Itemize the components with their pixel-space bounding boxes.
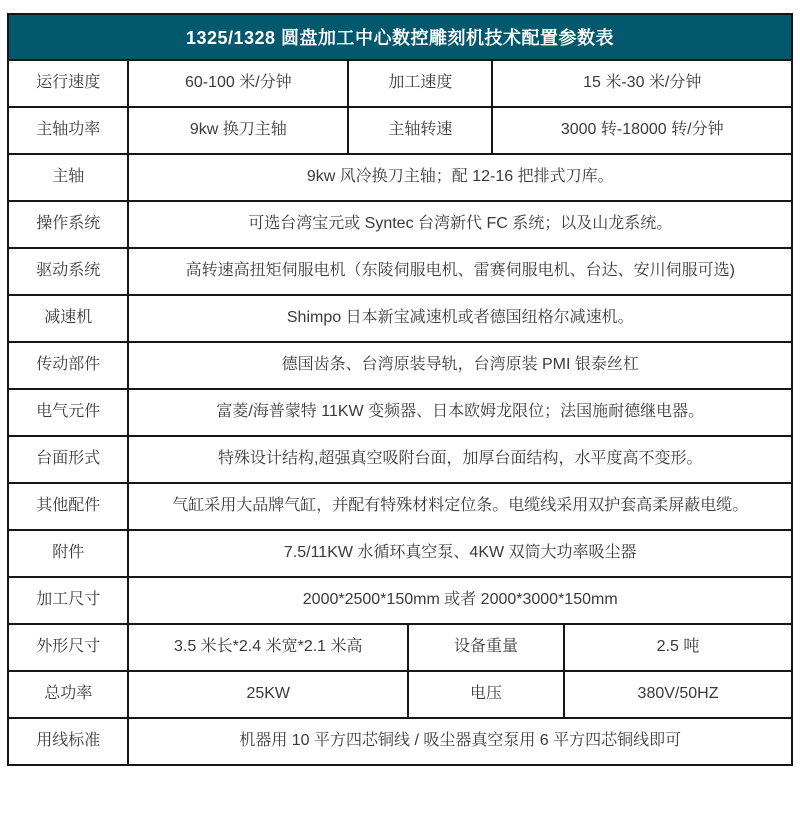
row-transmission-parts: 传动部件 德国齿条、台湾原装导轨，台湾原装 PMI 银泰丝杠 xyxy=(9,341,791,388)
spec-label: 减速机 xyxy=(9,296,127,341)
spec-label: 加工速度 xyxy=(347,61,491,106)
spec-label: 主轴 xyxy=(9,155,127,200)
spec-label: 运行速度 xyxy=(9,61,127,106)
row-accessories: 附件 7.5/11KW 水循环真空泵、4KW 双筒大功率吸尘器 xyxy=(9,529,791,576)
spec-value: 15 米-30 米/分钟 xyxy=(491,61,791,106)
spec-label: 操作系统 xyxy=(9,202,127,247)
spec-value: 高转速高扭矩伺服电机（东陵伺服电机、雷赛伺服电机、台达、安川伺服可选) xyxy=(127,249,791,294)
row-other-parts: 其他配件 气缸采用大品牌气缸，并配有特殊材料定位条。电缆线采用双护套高柔屏蔽电缆… xyxy=(9,482,791,529)
spec-label: 附件 xyxy=(9,531,127,576)
spec-label: 总功率 xyxy=(9,672,127,717)
spec-table: 1325/1328 圆盘加工中心数控雕刻机技术配置参数表 运行速度 60-100… xyxy=(7,13,793,766)
spec-label: 外形尺寸 xyxy=(9,625,127,670)
spec-value: 25KW xyxy=(127,672,407,717)
row-drive-system: 驱动系统 高转速高扭矩伺服电机（东陵伺服电机、雷赛伺服电机、台达、安川伺服可选) xyxy=(9,247,791,294)
row-electrical-components: 电气元件 富菱/海普蒙特 11KW 变频器、日本欧姆龙限位；法国施耐德继电器。 xyxy=(9,388,791,435)
page: 1325/1328 圆盘加工中心数控雕刻机技术配置参数表 运行速度 60-100… xyxy=(0,0,800,817)
spec-label: 主轴转速 xyxy=(347,108,491,153)
spec-value: 7.5/11KW 水循环真空泵、4KW 双筒大功率吸尘器 xyxy=(127,531,791,576)
spec-value: 3000 转-18000 转/分钟 xyxy=(491,108,791,153)
table-title-bar: 1325/1328 圆盘加工中心数控雕刻机技术配置参数表 xyxy=(9,15,791,59)
row-spindle-power: 主轴功率 9kw 换刀主轴 主轴转速 3000 转-18000 转/分钟 xyxy=(9,106,791,153)
spec-value: 富菱/海普蒙特 11KW 变频器、日本欧姆龙限位；法国施耐德继电器。 xyxy=(127,390,791,435)
spec-value: 可选台湾宝元或 Syntec 台湾新代 FC 系统；以及山龙系统。 xyxy=(127,202,791,247)
row-table-form: 台面形式 特殊设计结构,超强真空吸附台面，加厚台面结构，水平度高不变形。 xyxy=(9,435,791,482)
row-operating-system: 操作系统 可选台湾宝元或 Syntec 台湾新代 FC 系统；以及山龙系统。 xyxy=(9,200,791,247)
spec-label: 设备重量 xyxy=(407,625,563,670)
table-title: 1325/1328 圆盘加工中心数控雕刻机技术配置参数表 xyxy=(186,24,614,50)
spec-label: 其他配件 xyxy=(9,484,127,529)
spec-label: 驱动系统 xyxy=(9,249,127,294)
spec-label: 电压 xyxy=(407,672,563,717)
row-run-speed: 运行速度 60-100 米/分钟 加工速度 15 米-30 米/分钟 xyxy=(9,59,791,106)
row-reducer: 减速机 Shimpo 日本新宝减速机或者德国纽格尔减速机。 xyxy=(9,294,791,341)
spec-value: 9kw 风冷换刀主轴；配 12-16 把排式刀库。 xyxy=(127,155,791,200)
spec-value: 气缸采用大品牌气缸，并配有特殊材料定位条。电缆线采用双护套高柔屏蔽电缆。 xyxy=(127,484,791,529)
spec-value: 9kw 换刀主轴 xyxy=(127,108,347,153)
row-spindle: 主轴 9kw 风冷换刀主轴；配 12-16 把排式刀库。 xyxy=(9,153,791,200)
spec-value: Shimpo 日本新宝减速机或者德国纽格尔减速机。 xyxy=(127,296,791,341)
spec-label: 传动部件 xyxy=(9,343,127,388)
spec-label: 主轴功率 xyxy=(9,108,127,153)
row-working-size: 加工尺寸 2000*2500*150mm 或者 2000*3000*150mm xyxy=(9,576,791,623)
spec-value: 机器用 10 平方四芯铜线 / 吸尘器真空泵用 6 平方四芯铜线即可 xyxy=(127,719,791,764)
spec-value: 德国齿条、台湾原装导轨，台湾原装 PMI 银泰丝杠 xyxy=(127,343,791,388)
spec-value: 2.5 吨 xyxy=(563,625,791,670)
spec-value: 特殊设计结构,超强真空吸附台面，加厚台面结构，水平度高不变形。 xyxy=(127,437,791,482)
spec-label: 台面形式 xyxy=(9,437,127,482)
spec-value: 380V/50HZ xyxy=(563,672,791,717)
spec-label: 加工尺寸 xyxy=(9,578,127,623)
spec-value: 60-100 米/分钟 xyxy=(127,61,347,106)
row-wiring-standard: 用线标准 机器用 10 平方四芯铜线 / 吸尘器真空泵用 6 平方四芯铜线即可 xyxy=(9,717,791,764)
spec-label: 电气元件 xyxy=(9,390,127,435)
row-outer-dimensions: 外形尺寸 3.5 米长*2.4 米宽*2.1 米高 设备重量 2.5 吨 xyxy=(9,623,791,670)
spec-label: 用线标准 xyxy=(9,719,127,764)
row-total-power: 总功率 25KW 电压 380V/50HZ xyxy=(9,670,791,717)
spec-value: 2000*2500*150mm 或者 2000*3000*150mm xyxy=(127,578,791,623)
spec-value: 3.5 米长*2.4 米宽*2.1 米高 xyxy=(127,625,407,670)
